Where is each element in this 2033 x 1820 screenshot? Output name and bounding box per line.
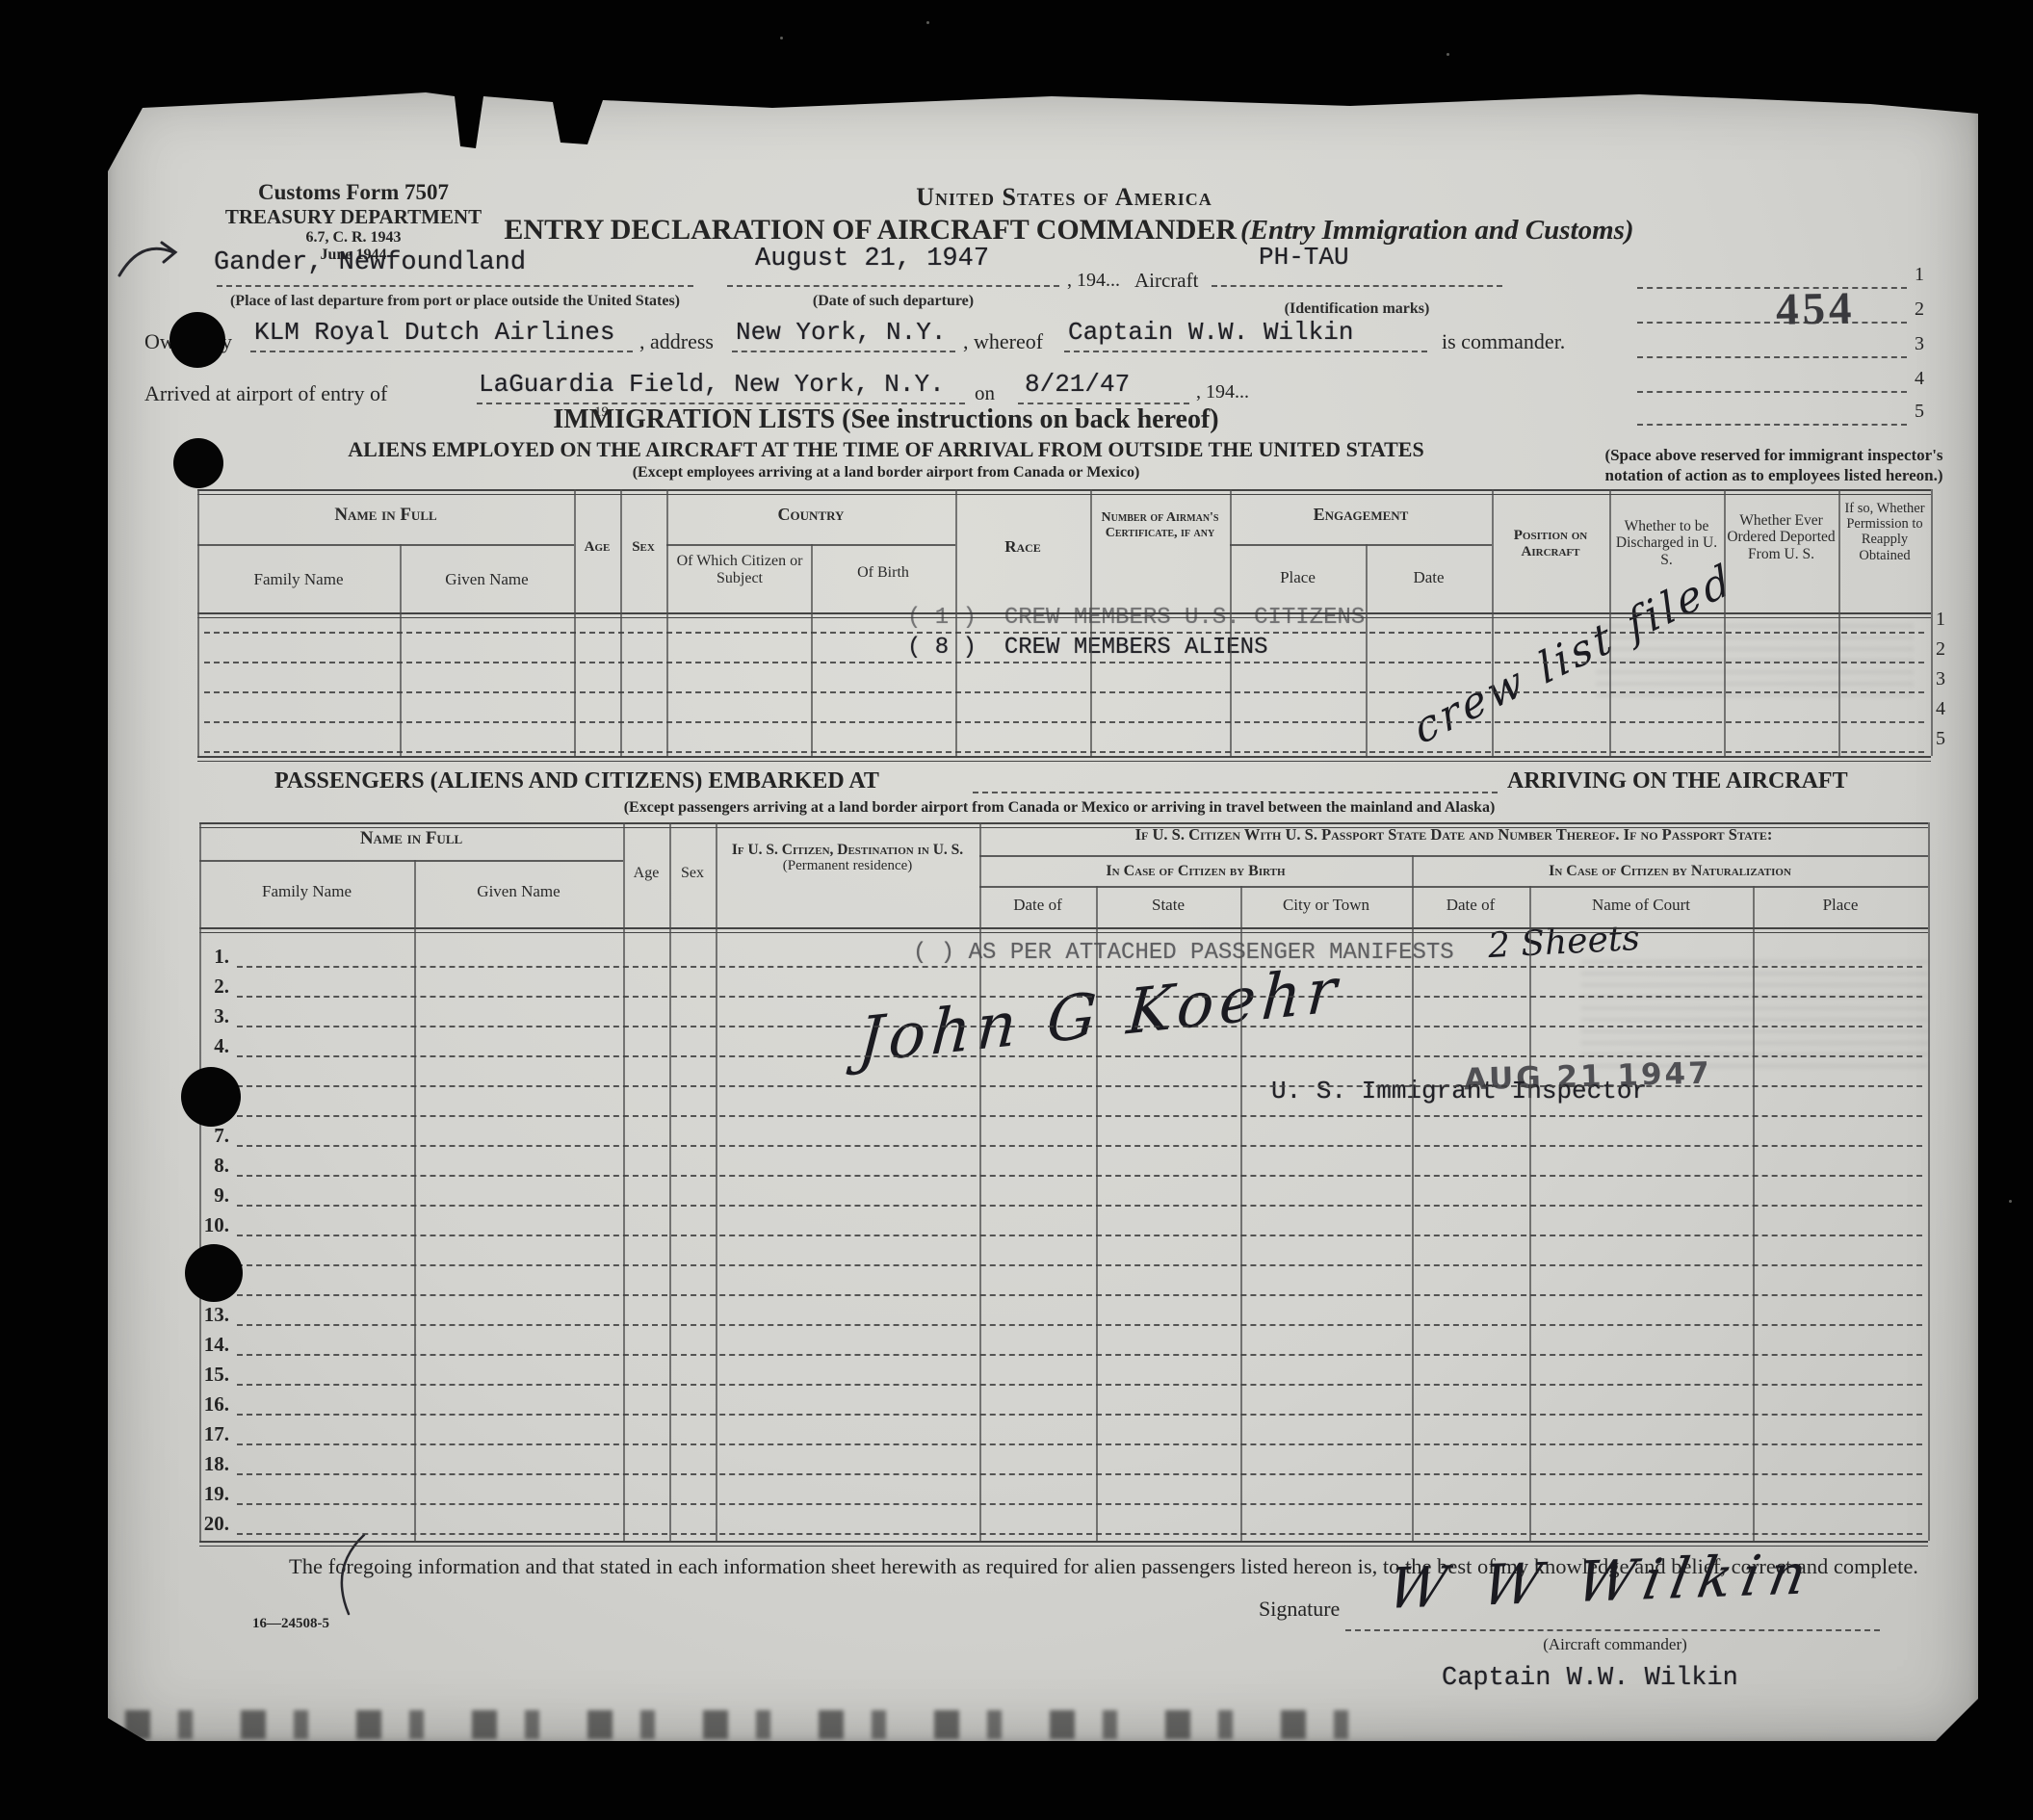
- pax-col-birth-city: City or Town: [1240, 896, 1412, 914]
- crew-table-rule: [666, 489, 668, 756]
- crew-table-rule: [811, 544, 813, 756]
- crew-table-note: (Except employees arriving at a land bor…: [212, 464, 1560, 481]
- pax-table-rule: [199, 1541, 1928, 1547]
- serial-number-stamp: 454: [1775, 282, 1856, 336]
- aircraft-line: [1212, 285, 1502, 287]
- scanned-document-photo: Customs Form 7507 TREASURY DEPARTMENT 6.…: [0, 0, 2033, 1820]
- margin-line-number: 5: [1915, 401, 1943, 423]
- crew-table-rule: [574, 489, 576, 756]
- pax-row-number: 1.: [158, 945, 229, 969]
- signature-line: [1345, 1629, 1880, 1631]
- commander-name-typed: Captain W.W. Wilkin: [1442, 1664, 1738, 1693]
- pax-row-dashed-line: [237, 1264, 1922, 1266]
- departure-date-caption: (Date of such departure): [727, 293, 1059, 310]
- aliens-employed-subtitle: ALIENS EMPLOYED ON THE AIRCRAFT AT THE T…: [212, 437, 1560, 462]
- crew-table-rule: [1090, 489, 1092, 756]
- owner-value: KLM Royal Dutch Airlines: [254, 318, 614, 347]
- pax-row-dashed-line: [237, 1354, 1922, 1356]
- pax-col-birth-date: Date of: [979, 896, 1096, 914]
- crew-col-reapply: If so, Whether Permission to Reapply Obt…: [1841, 501, 1928, 563]
- pax-table-rule: [199, 822, 1928, 828]
- pax-row-number: 3.: [158, 1004, 229, 1028]
- crew-row-dashed-line: [204, 721, 1924, 723]
- pax-col-family-name: Family Name: [199, 882, 414, 900]
- pax-row-dashed-line: [237, 1115, 1922, 1117]
- pax-col-destination: If U. S. Citizen, Destination in U. S. (…: [721, 842, 974, 874]
- crew-col-engagement-date: Date: [1366, 568, 1492, 586]
- pax-col-nat-place: Place: [1753, 896, 1928, 914]
- crew-table-rule: [1230, 489, 1232, 756]
- pax-row-dashed-line: [237, 996, 1922, 998]
- margin-leader-line: [1637, 322, 1907, 324]
- pax-row-dashed-line: [237, 1414, 1922, 1416]
- entry-date-value: 8/21/47: [1025, 370, 1130, 399]
- margin-line-number: 3: [1915, 333, 1943, 355]
- commander-line: [1064, 351, 1427, 352]
- pen-mark: [114, 221, 183, 291]
- signature-caption: (Aircraft commander): [1495, 1635, 1735, 1654]
- address-line: [732, 351, 955, 352]
- pax-row-dashed-line: [237, 1294, 1922, 1296]
- pax-col-birth-state: State: [1096, 896, 1240, 914]
- crew-table-rule: [197, 489, 1931, 495]
- pax-row-number: 10.: [158, 1213, 229, 1237]
- form-title-paren: (Entry Immigration and Customs): [1240, 215, 1634, 246]
- form-title: ENTRY DECLARATION OF AIRCRAFT COMMANDER …: [486, 214, 1652, 247]
- crew-col-given-name: Given Name: [400, 570, 574, 588]
- dust-speck: [926, 21, 929, 24]
- crew-row-dashed-line: [204, 691, 1924, 693]
- punch-hole: [185, 1244, 243, 1302]
- print-code: 16—24508-5: [252, 1616, 329, 1632]
- commander-value: Captain W.W. Wilkin: [1068, 318, 1353, 347]
- crew-col-discharged: Whether to be Discharged in U. S.: [1612, 518, 1721, 568]
- pax-row-number: 7.: [158, 1124, 229, 1148]
- pax-table-rule: [623, 822, 625, 1541]
- entry-airport-value: LaGuardia Field, New York, N.Y.: [479, 370, 945, 399]
- crew-col-deported: Whether Ever Ordered Deported From U. S.: [1727, 512, 1836, 562]
- pax-table-rule: [199, 927, 1928, 933]
- pax-row-number: 17.: [158, 1422, 229, 1446]
- pax-row-number: 4.: [158, 1034, 229, 1058]
- crew-col-position: Position on Aircraft: [1496, 528, 1605, 560]
- departure-place-caption: (Place of last departure from port or pl…: [217, 293, 693, 310]
- immigrant-inspector-typed: U. S. Immigrant Inspector: [1271, 1077, 1647, 1105]
- pax-row-number: 19.: [158, 1482, 229, 1506]
- form-paper: Customs Form 7507 TREASURY DEPARTMENT 6.…: [108, 89, 1978, 1741]
- crew-row-number: 1: [1936, 609, 1965, 631]
- crew-table-rule: [197, 612, 1931, 618]
- pax-row-dashed-line: [237, 1085, 1922, 1087]
- margin-leader-line: [1637, 356, 1907, 358]
- departure-date-value: August 21, 1947: [755, 245, 989, 273]
- aircraft-label: Aircraft: [1134, 269, 1198, 293]
- crew-table-rule: [197, 489, 199, 756]
- crew-entry-2-count: ( 8 ): [907, 635, 977, 661]
- crew-table-rule: [197, 756, 1931, 762]
- pax-row-dashed-line: [237, 1503, 1922, 1505]
- crew-table-rule: [400, 544, 402, 756]
- crew-col-airman-certificate: Number of Airman's Certificate, if any: [1094, 510, 1226, 540]
- pax-row-number: 18.: [158, 1452, 229, 1476]
- pax-table-rule: [979, 822, 981, 1541]
- pax-table-rule: [669, 822, 671, 1541]
- punch-hole: [169, 312, 225, 368]
- pax-col-given-name: Given Name: [414, 882, 623, 900]
- passenger-manifest-typed-row: ( ) AS PER ATTACHED PASSENGER MANIFESTS: [913, 940, 1454, 966]
- crew-table-rule: [1931, 489, 1933, 756]
- pax-table-rule: [1529, 886, 1531, 1541]
- dust-speck: [780, 37, 783, 39]
- nation-heading: United States of America: [775, 183, 1353, 212]
- pax-col-nat-date: Date of: [1412, 896, 1529, 914]
- margin-leader-line: [1637, 424, 1907, 426]
- crew-entry-2: ( 8 ) CREW MEMBERS ALIENS: [907, 635, 1267, 661]
- pax-table-rule: [1928, 822, 1930, 1541]
- crew-row-number: 5: [1936, 728, 1965, 750]
- crew-col-family-name: Family Name: [197, 570, 400, 588]
- crew-table-rule: [955, 489, 957, 756]
- crew-entry-2-text: CREW MEMBERS ALIENS: [1004, 635, 1268, 661]
- departure-date-line: [727, 285, 1059, 287]
- address-value: New York, N.Y.: [736, 318, 946, 347]
- bleed-through-smudge: [1581, 960, 1928, 1076]
- immigration-lists-title: IMMIGRATION LISTS (See instructions on b…: [404, 404, 1368, 435]
- pax-col-nat-court: Name of Court: [1529, 896, 1753, 914]
- pax-table-rule: [979, 855, 1928, 857]
- pax-row-dashed-line: [237, 1205, 1922, 1207]
- margin-leader-line: [1637, 391, 1907, 393]
- pax-table-rule: [199, 860, 623, 862]
- margin-line-number: 2: [1915, 299, 1943, 321]
- crew-row-dashed-line: [204, 751, 1924, 753]
- pax-row-dashed-line: [237, 1324, 1922, 1326]
- pax-row-number: 20.: [158, 1512, 229, 1536]
- margin-leader-line: [1637, 287, 1907, 289]
- commander-signature-handwriting: W W Wilkin: [1383, 1541, 1821, 1622]
- year-prefix: , 194...: [1067, 270, 1120, 292]
- dust-speck: [2009, 1200, 2012, 1203]
- inspector-signature-handwriting: John G Koehr: [856, 954, 1344, 1078]
- pax-row-dashed-line: [237, 1235, 1922, 1236]
- crew-row-number: 4: [1936, 698, 1965, 720]
- pax-row-dashed-line: [237, 1175, 1922, 1177]
- treasury-dept: TREASURY DEPARTMENT: [195, 205, 512, 229]
- reserved-note-line1: (Space above reserved for immigrant insp…: [1591, 445, 1957, 465]
- pax-table-rule: [716, 822, 717, 1541]
- crew-row-number: 2: [1936, 638, 1965, 661]
- crew-col-name-in-full: Name in Full: [197, 505, 574, 525]
- pax-table-rule: [1753, 886, 1755, 1541]
- on-label: on: [975, 381, 995, 405]
- passenger-table-note: (Except passengers arriving at a land bo…: [385, 799, 1733, 817]
- crew-table-rule: [1366, 544, 1368, 756]
- owner-line: [250, 351, 633, 352]
- pax-birth-group-header: In Case of Citizen by Birth: [979, 863, 1412, 880]
- pax-col-age: Age: [623, 865, 669, 882]
- form-title-main: ENTRY DECLARATION OF AIRCRAFT COMMANDER: [504, 214, 1237, 246]
- pax-naturalization-group-header: In Case of Citizen by Naturalization: [1412, 863, 1928, 880]
- pax-table-rule: [414, 860, 416, 1541]
- pax-row-number: 9.: [158, 1183, 229, 1208]
- pax-col-sex: Sex: [669, 865, 716, 882]
- embarked-at-line: [973, 792, 1498, 793]
- pax-row-number: 13.: [158, 1303, 229, 1327]
- crew-table-rule: [620, 489, 622, 756]
- crew-col-age: Age: [574, 539, 620, 556]
- entry-year-suffix: , 194...: [1196, 381, 1249, 403]
- pax-table-rule: [979, 886, 1928, 888]
- pax-col-name-in-full: Name in Full: [199, 828, 623, 848]
- pax-row-number: 8.: [158, 1154, 229, 1178]
- pax-col-destination-main: If U. S. Citizen, Destination in U. S.: [721, 842, 974, 858]
- pax-table-rule: [1240, 886, 1242, 1541]
- pax-row-number: 15.: [158, 1363, 229, 1387]
- pax-row-number: 14.: [158, 1333, 229, 1357]
- crew-table-rule: [1492, 489, 1494, 756]
- is-commander-label: is commander.: [1442, 329, 1565, 354]
- margin-line-number: 1: [1915, 264, 1943, 286]
- crew-row-number: 3: [1936, 668, 1965, 690]
- reserved-note-line2: notation of action as to employees liste…: [1591, 465, 1957, 485]
- margin-line-number: 4: [1915, 368, 1943, 390]
- crew-col-birth-country: Of Birth: [811, 564, 955, 582]
- pax-row-dashed-line: [237, 1026, 1922, 1027]
- form-number: Customs Form 7507: [195, 180, 512, 205]
- punch-hole: [173, 438, 223, 488]
- pax-passport-header: If U. S. Citizen With U. S. Passport Sta…: [979, 826, 1928, 844]
- pax-row-dashed-line: [237, 1473, 1922, 1475]
- form-revision: 6.7, C. R. 1943: [195, 229, 512, 247]
- crew-row-dashed-line: [204, 662, 1924, 663]
- crew-table-rule: [1609, 489, 1611, 756]
- aircraft-id-value: PH-TAU: [1259, 243, 1349, 272]
- pax-row-number: 16.: [158, 1392, 229, 1417]
- crew-table-rule: [1838, 489, 1840, 756]
- crew-col-engagement-place: Place: [1230, 568, 1366, 586]
- pax-row-dashed-line: [237, 1055, 1922, 1057]
- pax-row-dashed-line: [237, 1384, 1922, 1386]
- crew-table-rule: [1230, 544, 1492, 546]
- pax-table-rule: [1412, 855, 1414, 1541]
- dust-speck: [1447, 53, 1449, 56]
- crew-row-dashed-line: [204, 632, 1924, 634]
- crew-table-rule: [1724, 489, 1726, 756]
- sheets-count-handwriting: 2 Sheets: [1487, 919, 1641, 966]
- passengers-title-right: ARRIVING ON THE AIRCRAFT: [1507, 768, 1848, 794]
- punch-hole: [181, 1067, 241, 1127]
- pax-row-dashed-line: [237, 1443, 1922, 1445]
- crew-col-citizen-of: Of Which Citizen or Subject: [672, 553, 807, 587]
- bottom-edge-grime: [125, 1710, 1368, 1739]
- pax-row-dashed-line: [237, 1533, 1922, 1535]
- aircraft-caption: (Identification marks): [1212, 300, 1502, 318]
- pax-row-dashed-line: [237, 966, 1922, 968]
- pax-col-destination-sub: (Permanent residence): [721, 858, 974, 874]
- crew-table-rule: [197, 544, 574, 546]
- pax-row-dashed-line: [237, 1145, 1922, 1147]
- reserved-space-note: (Space above reserved for immigrant insp…: [1591, 445, 1957, 486]
- entry-airport-label: Arrived at airport of entry of: [144, 381, 387, 406]
- crew-col-race: Race: [955, 537, 1090, 556]
- crew-col-sex: Sex: [620, 539, 666, 556]
- passengers-title-left: PASSENGERS (ALIENS AND CITIZENS) EMBARKE…: [274, 768, 879, 794]
- pax-table-rule: [1096, 886, 1098, 1541]
- signature-label: Signature: [1259, 1597, 1340, 1622]
- departure-place-line: [217, 285, 693, 287]
- address-label: , address: [639, 329, 714, 354]
- pax-row-number: 2.: [158, 975, 229, 999]
- crew-col-country: Country: [666, 505, 955, 524]
- whereof-label: , whereof: [963, 329, 1043, 354]
- crew-col-engagement: Engagement: [1230, 505, 1492, 524]
- departure-place-value: Gander, Newfoundland: [214, 248, 526, 277]
